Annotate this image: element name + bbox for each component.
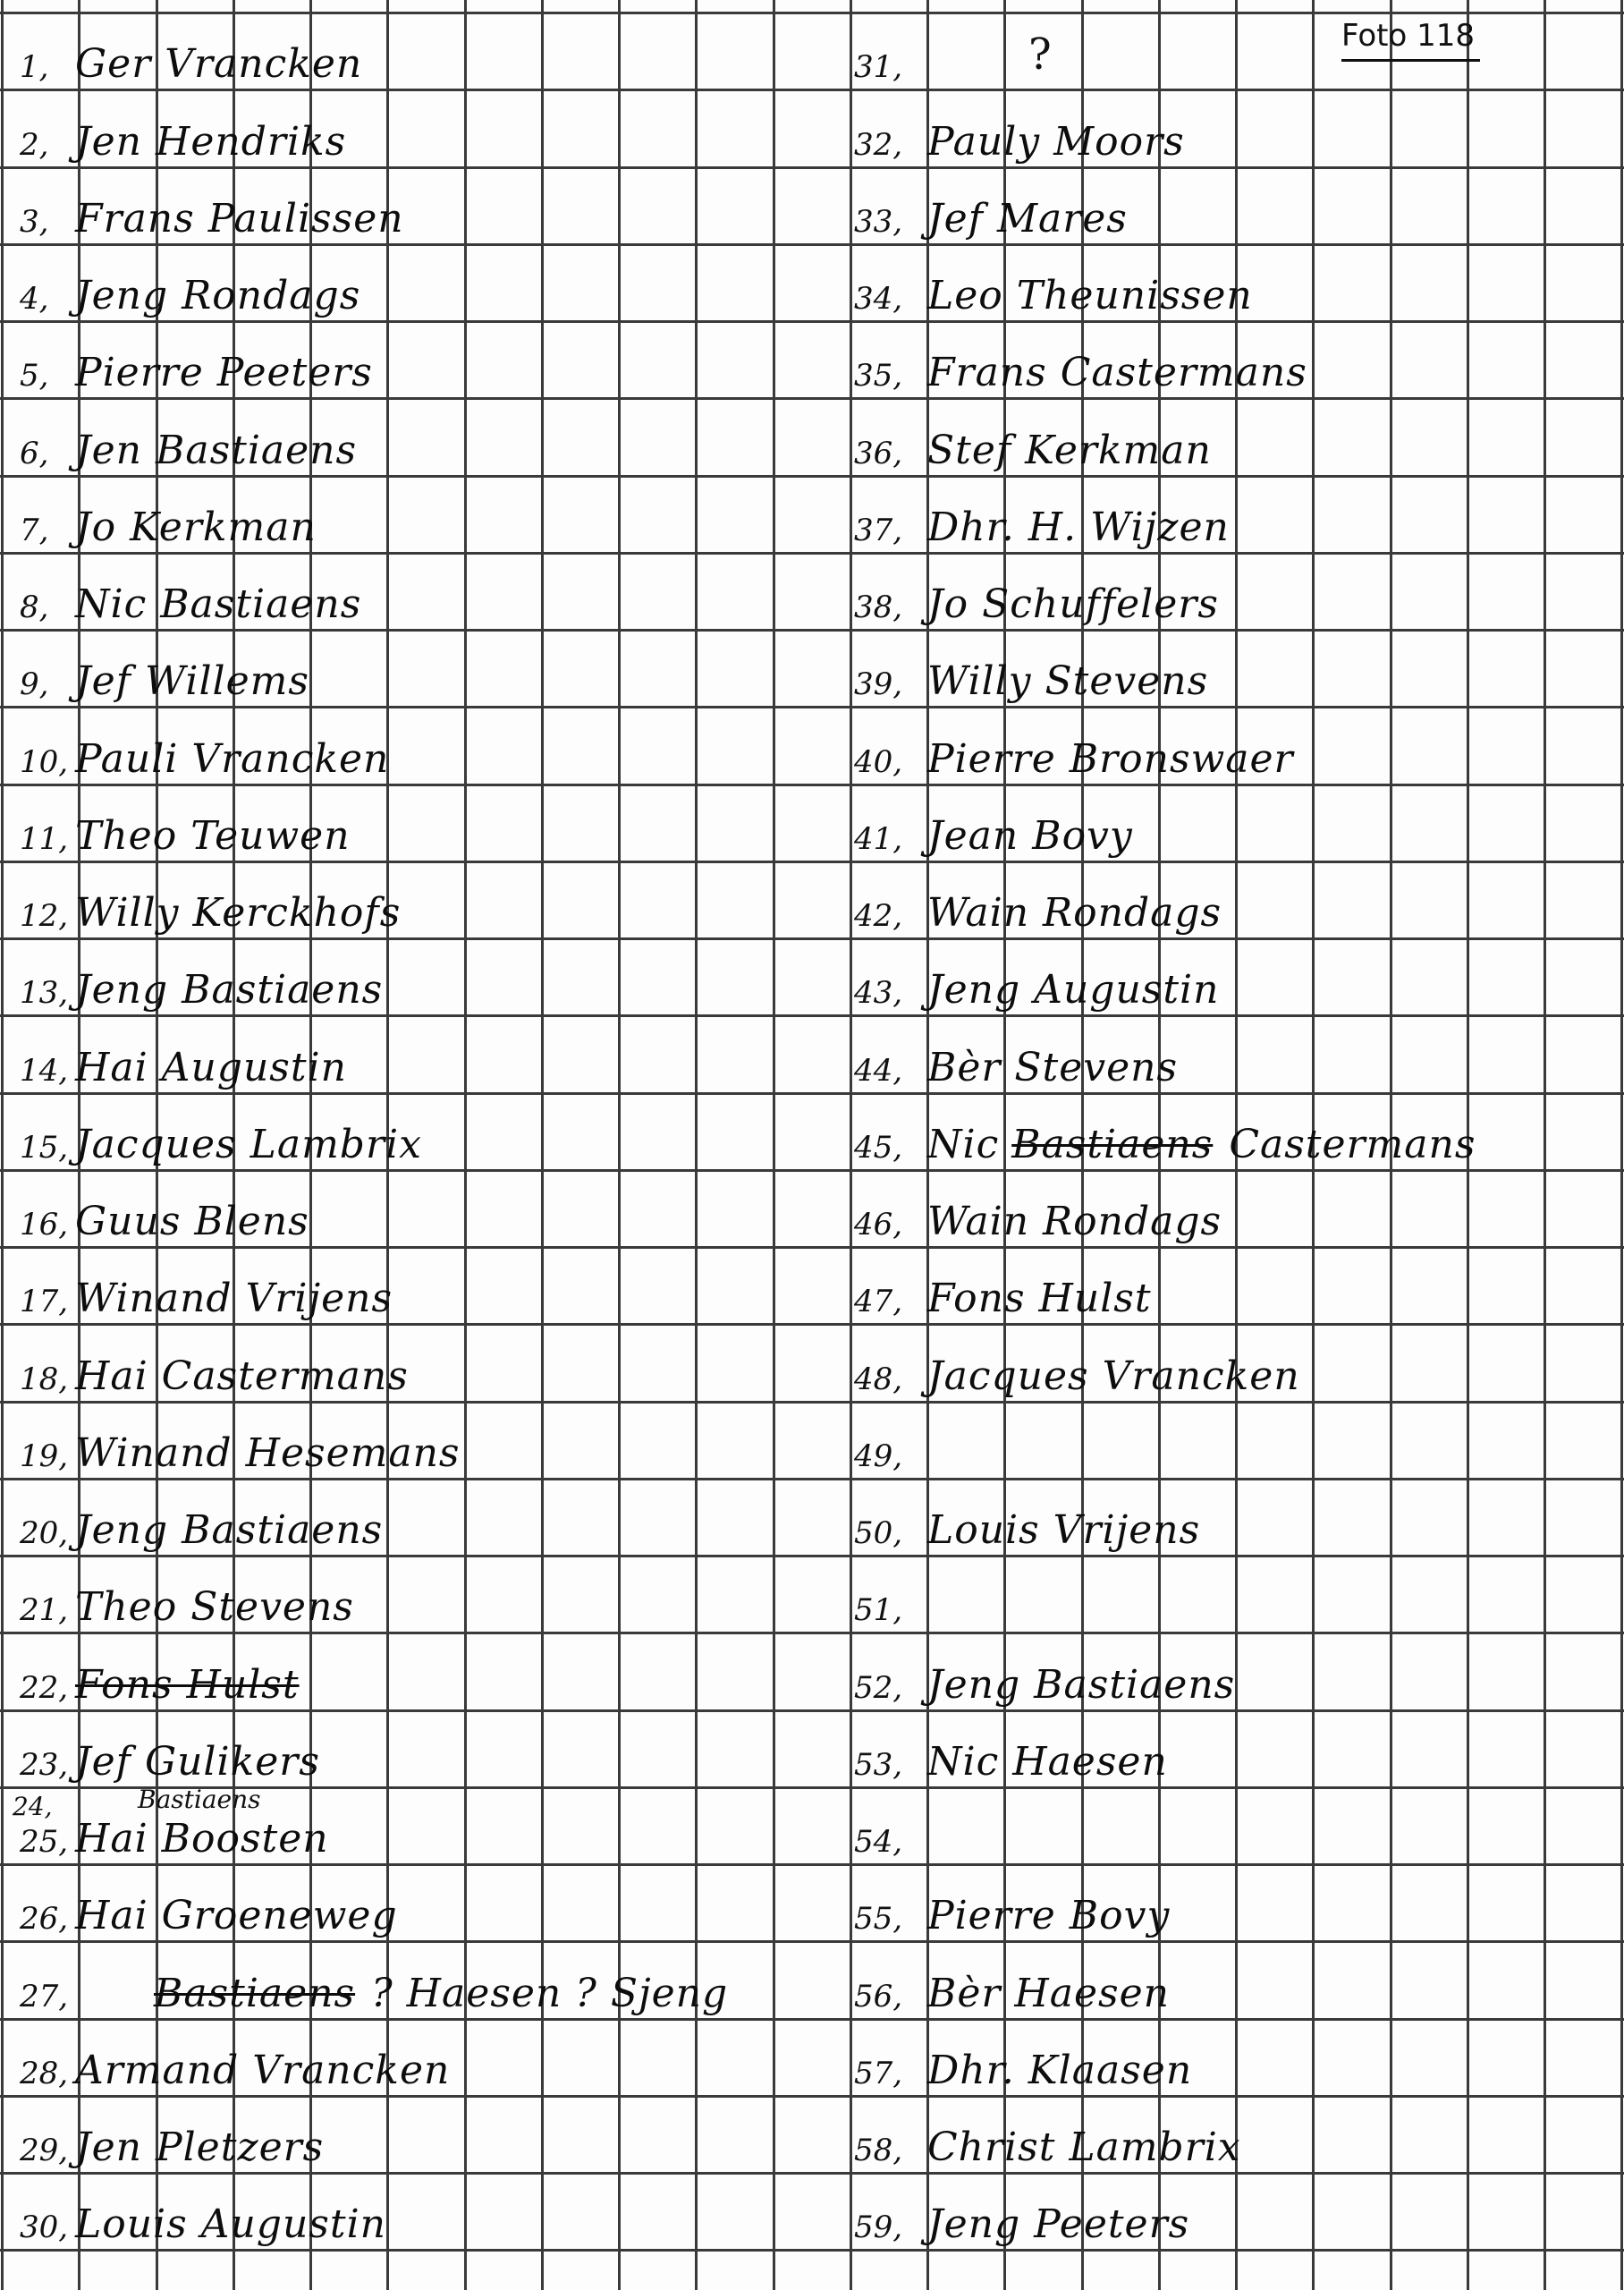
entry-name: Jacques Lambrix — [75, 1122, 422, 1167]
grid-horizontal-line — [0, 243, 1624, 246]
list-item: 38,Jo Schuffelers — [854, 566, 1624, 629]
entry-number: 16, — [20, 1207, 68, 1243]
list-item: 11,Theo Teuwen — [20, 798, 825, 861]
grid-horizontal-line — [0, 89, 1624, 91]
list-item: 52,Jeng Bastiaens — [854, 1647, 1624, 1709]
entry-name: Bèr Haesen — [927, 1971, 1170, 2016]
list-item: 1,Ger Vrancken — [20, 26, 825, 89]
entry-number: 47, — [854, 1284, 902, 1319]
entry-number: 34, — [854, 281, 902, 317]
grid-horizontal-line — [0, 1632, 1624, 1634]
grid-horizontal-line — [0, 1863, 1624, 1866]
entry-name: Jeng Peeters — [927, 2201, 1189, 2247]
entry-name: Jo Kerkman — [75, 505, 317, 550]
entry-name: Jeng Rondags — [75, 273, 360, 318]
list-item: 53,Nic Haesen — [854, 1724, 1624, 1786]
list-item: 5,Pierre Peeters — [20, 335, 825, 397]
list-item: 3,Frans Paulissen — [20, 181, 825, 243]
list-item: 18,Hai Castermans — [20, 1338, 825, 1401]
entry-name: Pierre Bronswaer — [927, 736, 1294, 782]
entry-number: 41, — [854, 821, 902, 857]
list-item: 30,Louis Augustin — [20, 2186, 825, 2249]
list-item: 48,Jacques Vrancken — [854, 1338, 1624, 1401]
entry-number: 48, — [854, 1361, 902, 1397]
entry-name: Frans Paulissen — [75, 196, 404, 242]
list-item: 47,Fons Hulst — [854, 1260, 1624, 1323]
entry-name: Hai Boosten — [75, 1816, 329, 1862]
entry-number: 56, — [854, 1979, 902, 2014]
list-item: 15,Jacques Lambrix — [20, 1107, 825, 1169]
list-item: 32,Pauly Moors — [854, 104, 1624, 166]
grid-paper-sheet: 1,Ger Vrancken2,Jen Hendriks3,Frans Paul… — [0, 0, 1624, 2290]
entry-number: 7, — [20, 513, 48, 548]
entry-name: Fons Hulst — [927, 1276, 1152, 1321]
list-item: 22,Fons Hulst — [20, 1647, 825, 1709]
grid-horizontal-line — [0, 1014, 1624, 1017]
list-item: 23,Jef Gulikers — [20, 1724, 825, 1786]
entry-name: Armand Vrancken — [75, 2048, 450, 2093]
entry-name: Pauly Moors — [927, 119, 1185, 165]
entry-name: NicBastiaensCastermans — [927, 1122, 1476, 1167]
list-item: 14,Hai Augustin — [20, 1030, 825, 1092]
list-item: 42,Wain Rondags — [854, 875, 1624, 937]
photo-label: Foto 118 — [1341, 18, 1480, 62]
grid-horizontal-line — [0, 1940, 1624, 1943]
grid-horizontal-line — [0, 2095, 1624, 2098]
grid-horizontal-line — [0, 552, 1624, 555]
entry-name: Jeng Bastiaens — [75, 967, 383, 1013]
list-item: 43,Jeng Augustin — [854, 952, 1624, 1014]
list-item: 46,Wain Rondags — [854, 1183, 1624, 1246]
grid-horizontal-line — [0, 1246, 1624, 1249]
entry-name: Nic Bastiaens — [75, 581, 361, 627]
list-item: 49, — [854, 1415, 1624, 1478]
list-item: 26,Hai Groeneweg — [20, 1878, 825, 1940]
entry-number: 28, — [20, 2056, 68, 2091]
grid-horizontal-line — [0, 1478, 1624, 1480]
entry-name: Jacques Vrancken — [927, 1353, 1300, 1399]
list-item: 4,Jeng Rondags — [20, 258, 825, 320]
entry-number: 53, — [854, 1747, 902, 1783]
entry-number: 45, — [854, 1130, 902, 1166]
entry-name: Frans Castermans — [927, 350, 1307, 395]
entry-number: 44, — [854, 1053, 902, 1089]
entry-name: Fons Hulst — [75, 1662, 300, 1708]
entry-name: Jen Bastiaens — [75, 428, 357, 473]
entry-name: Dhr. H. Wijzen — [927, 505, 1230, 550]
entry-number: 11, — [20, 821, 68, 857]
grid-horizontal-line — [0, 2018, 1624, 2021]
entry-name: Hai Castermans — [75, 1353, 409, 1399]
entry-number: 10, — [20, 744, 68, 780]
entry-name: Pierre Bovy — [927, 1893, 1170, 1938]
entry-number: 14, — [20, 1053, 68, 1089]
list-item: 37,Dhr. H. Wijzen — [854, 489, 1624, 552]
grid-horizontal-line — [0, 861, 1624, 863]
entry-name: Hai Augustin — [75, 1045, 347, 1090]
entry-number: 2, — [20, 127, 48, 163]
entry-number: 21, — [20, 1592, 68, 1628]
list-item: 50,Louis Vrijens — [854, 1492, 1624, 1555]
list-item: 35,Frans Castermans — [854, 335, 1624, 397]
entry-name: Jen Hendriks — [75, 119, 346, 165]
list-item: 34,Leo Theunissen — [854, 258, 1624, 320]
entry-number: 8, — [20, 589, 48, 625]
entry-number: 29, — [20, 2133, 68, 2168]
entry-name: Christ Lambrix — [927, 2125, 1241, 2170]
entry-name: Winand Hesemans — [75, 1430, 461, 1476]
list-item: 56,Bèr Haesen — [854, 1955, 1624, 2018]
entry-name: Pierre Peeters — [75, 350, 373, 395]
grid-horizontal-line — [0, 1555, 1624, 1557]
list-item: 21,Theo Stevens — [20, 1569, 825, 1632]
entry-name: Winand Vrijens — [75, 1276, 393, 1321]
list-item: 10,Pauli Vrancken — [20, 721, 825, 784]
entry-number: 3, — [20, 204, 48, 240]
entry-number: 19, — [20, 1438, 68, 1474]
entry-number: 35, — [854, 358, 902, 394]
grid-horizontal-line — [0, 1092, 1624, 1095]
entry-name: Jeng Bastiaens — [927, 1662, 1235, 1708]
entry-name: Jeng Augustin — [927, 967, 1219, 1013]
grid-horizontal-line — [0, 1709, 1624, 1712]
list-item: 12,Willy Kerckhofs — [20, 875, 825, 937]
list-item: 54, — [854, 1801, 1624, 1863]
entry-number: 49, — [854, 1438, 902, 1474]
list-item: 29,Jen Pletzers — [20, 2109, 825, 2172]
entry-number: 31, — [854, 49, 902, 85]
entry-number: 32, — [854, 127, 902, 163]
entry-number: 37, — [854, 513, 902, 548]
list-item: 9,Jef Willems — [20, 643, 825, 706]
list-item: 31,? — [854, 26, 1624, 89]
entry-name: Willy Stevens — [927, 658, 1208, 704]
list-item: 8,Nic Bastiaens — [20, 566, 825, 629]
entry-number: 39, — [854, 666, 902, 702]
entry-number: 30, — [20, 2209, 68, 2245]
grid-horizontal-line — [0, 1401, 1624, 1404]
list-item: 27,Bastiaens? Haesen ? Sjeng — [20, 1955, 825, 2018]
entry-number: 33, — [854, 204, 902, 240]
grid-vertical-line — [1, 0, 4, 2290]
list-item: 55,Pierre Bovy — [854, 1878, 1624, 1940]
entry-name: Pauli Vrancken — [75, 736, 389, 782]
entry-number: 20, — [20, 1515, 68, 1551]
entry-name: Theo Stevens — [75, 1584, 354, 1630]
entry-number: 12, — [20, 898, 68, 934]
entry-number: 40, — [854, 744, 902, 780]
grid-horizontal-line — [0, 320, 1624, 323]
list-item: 20,Jeng Bastiaens — [20, 1492, 825, 1555]
list-item: 51, — [854, 1569, 1624, 1632]
entry-number: 6, — [20, 436, 48, 471]
entry-number: 13, — [20, 975, 68, 1011]
entry-number: 26, — [20, 1901, 68, 1937]
grid-horizontal-line — [0, 1169, 1624, 1172]
entry-number: 22, — [20, 1670, 68, 1706]
entry-name: Dhr. Klaasen — [927, 2048, 1192, 2093]
list-item: 6,Jen Bastiaens — [20, 412, 825, 475]
entry-name: Willy Kerckhofs — [75, 890, 401, 936]
correction-annotation: Castermans — [1229, 1122, 1476, 1167]
list-item: 16,Guus Blens — [20, 1183, 825, 1246]
entry-number: 27, — [20, 1979, 68, 2014]
entry-name: Jef Willems — [75, 658, 309, 704]
entry-number: 46, — [854, 1207, 902, 1243]
entry-number: 4, — [20, 281, 48, 317]
entry-number: 9, — [20, 666, 48, 702]
list-item: 40,Pierre Bronswaer — [854, 721, 1624, 784]
list-item: 39,Willy Stevens — [854, 643, 1624, 706]
list-item: 28,Armand Vrancken — [20, 2032, 825, 2095]
entry-number: 18, — [20, 1361, 68, 1397]
entry-name: Louis Vrijens — [927, 1507, 1200, 1553]
entry-number: 50, — [854, 1515, 902, 1551]
grid-vertical-line — [850, 0, 852, 2290]
entry-name: Ger Vrancken — [75, 41, 362, 87]
grid-horizontal-line — [0, 706, 1624, 708]
list-item: 58,Christ Lambrix — [854, 2109, 1624, 2172]
grid-horizontal-line — [0, 784, 1624, 786]
grid-horizontal-line — [0, 937, 1624, 940]
entry-name: Jef Gulikers — [75, 1739, 320, 1785]
entry-name: Wain Rondags — [927, 890, 1222, 936]
entry-name: Wain Rondags — [927, 1199, 1222, 1244]
entry-name: Jen Pletzers — [75, 2125, 324, 2170]
entry-number: 17, — [20, 1284, 68, 1319]
entry-number: 57, — [854, 2056, 902, 2091]
entry-number: 1, — [20, 49, 48, 85]
entry-name: Nic Haesen — [927, 1739, 1168, 1785]
grid-horizontal-line — [0, 1323, 1624, 1326]
entry-number: 25, — [20, 1824, 68, 1860]
entry-name: Jeng Bastiaens — [75, 1507, 383, 1553]
list-item: 19,Winand Hesemans — [20, 1415, 825, 1478]
entry-number: 58, — [854, 2133, 902, 2168]
entry-number: 59, — [854, 2209, 902, 2245]
entry-name: Guus Blens — [75, 1199, 309, 1244]
entry-number: 5, — [20, 358, 48, 394]
grid-horizontal-line — [0, 629, 1624, 632]
struck-surname: Bastiaens — [1011, 1122, 1213, 1167]
grid-horizontal-line — [0, 475, 1624, 478]
grid-horizontal-line — [0, 397, 1624, 400]
list-item: 17,Winand Vrijens — [20, 1260, 825, 1323]
entry-number: 36, — [854, 436, 902, 471]
correction-annotation: ? Haesen ? Sjeng — [371, 1971, 728, 2016]
grid-horizontal-line — [0, 166, 1624, 169]
grid-horizontal-line — [0, 2249, 1624, 2252]
entry-name: Bèr Stevens — [927, 1045, 1178, 1090]
entry-name: Leo Theunissen — [927, 273, 1253, 318]
entry-name: Bastiaens? Haesen ? Sjeng — [154, 1971, 728, 2016]
entry-number: 15, — [20, 1130, 68, 1166]
entry-number: 42, — [854, 898, 902, 934]
entry-name: Louis Augustin — [75, 2201, 386, 2247]
grid-horizontal-line — [0, 12, 1624, 14]
entry-name: Theo Teuwen — [75, 813, 351, 859]
entry-name: Stef Kerkman — [927, 428, 1212, 473]
list-item: 59,Jeng Peeters — [854, 2186, 1624, 2249]
entry-number: 55, — [854, 1901, 902, 1937]
entry-name: Hai Groeneweg — [75, 1893, 398, 1938]
list-item: 57,Dhr. Klaasen — [854, 2032, 1624, 2095]
list-item: 25,Hai Boosten — [20, 1801, 825, 1863]
list-item: 7,Jo Kerkman — [20, 489, 825, 552]
entry-number: 54, — [854, 1824, 902, 1860]
list-item: 13,Jeng Bastiaens — [20, 952, 825, 1014]
list-item: 45,NicBastiaensCastermans — [854, 1107, 1624, 1169]
entry-number: 43, — [854, 975, 902, 1011]
entry-number: 51, — [854, 1592, 902, 1628]
list-item: 44,Bèr Stevens — [854, 1030, 1624, 1092]
list-item: 33,Jef Mares — [854, 181, 1624, 243]
entry-name: Jef Mares — [927, 196, 1128, 242]
list-item: 2,Jen Hendriks — [20, 104, 825, 166]
entry-number: 52, — [854, 1670, 902, 1706]
grid-horizontal-line — [0, 2172, 1624, 2175]
unknown-name-mark: ? — [1028, 30, 1052, 80]
entry-name: Jean Bovy — [927, 813, 1133, 859]
entry-name: Jo Schuffelers — [927, 581, 1219, 627]
entry-number: 23, — [20, 1747, 68, 1783]
list-item: 36,Stef Kerkman — [854, 412, 1624, 475]
list-item: 41,Jean Bovy — [854, 798, 1624, 861]
entry-number: 38, — [854, 589, 902, 625]
